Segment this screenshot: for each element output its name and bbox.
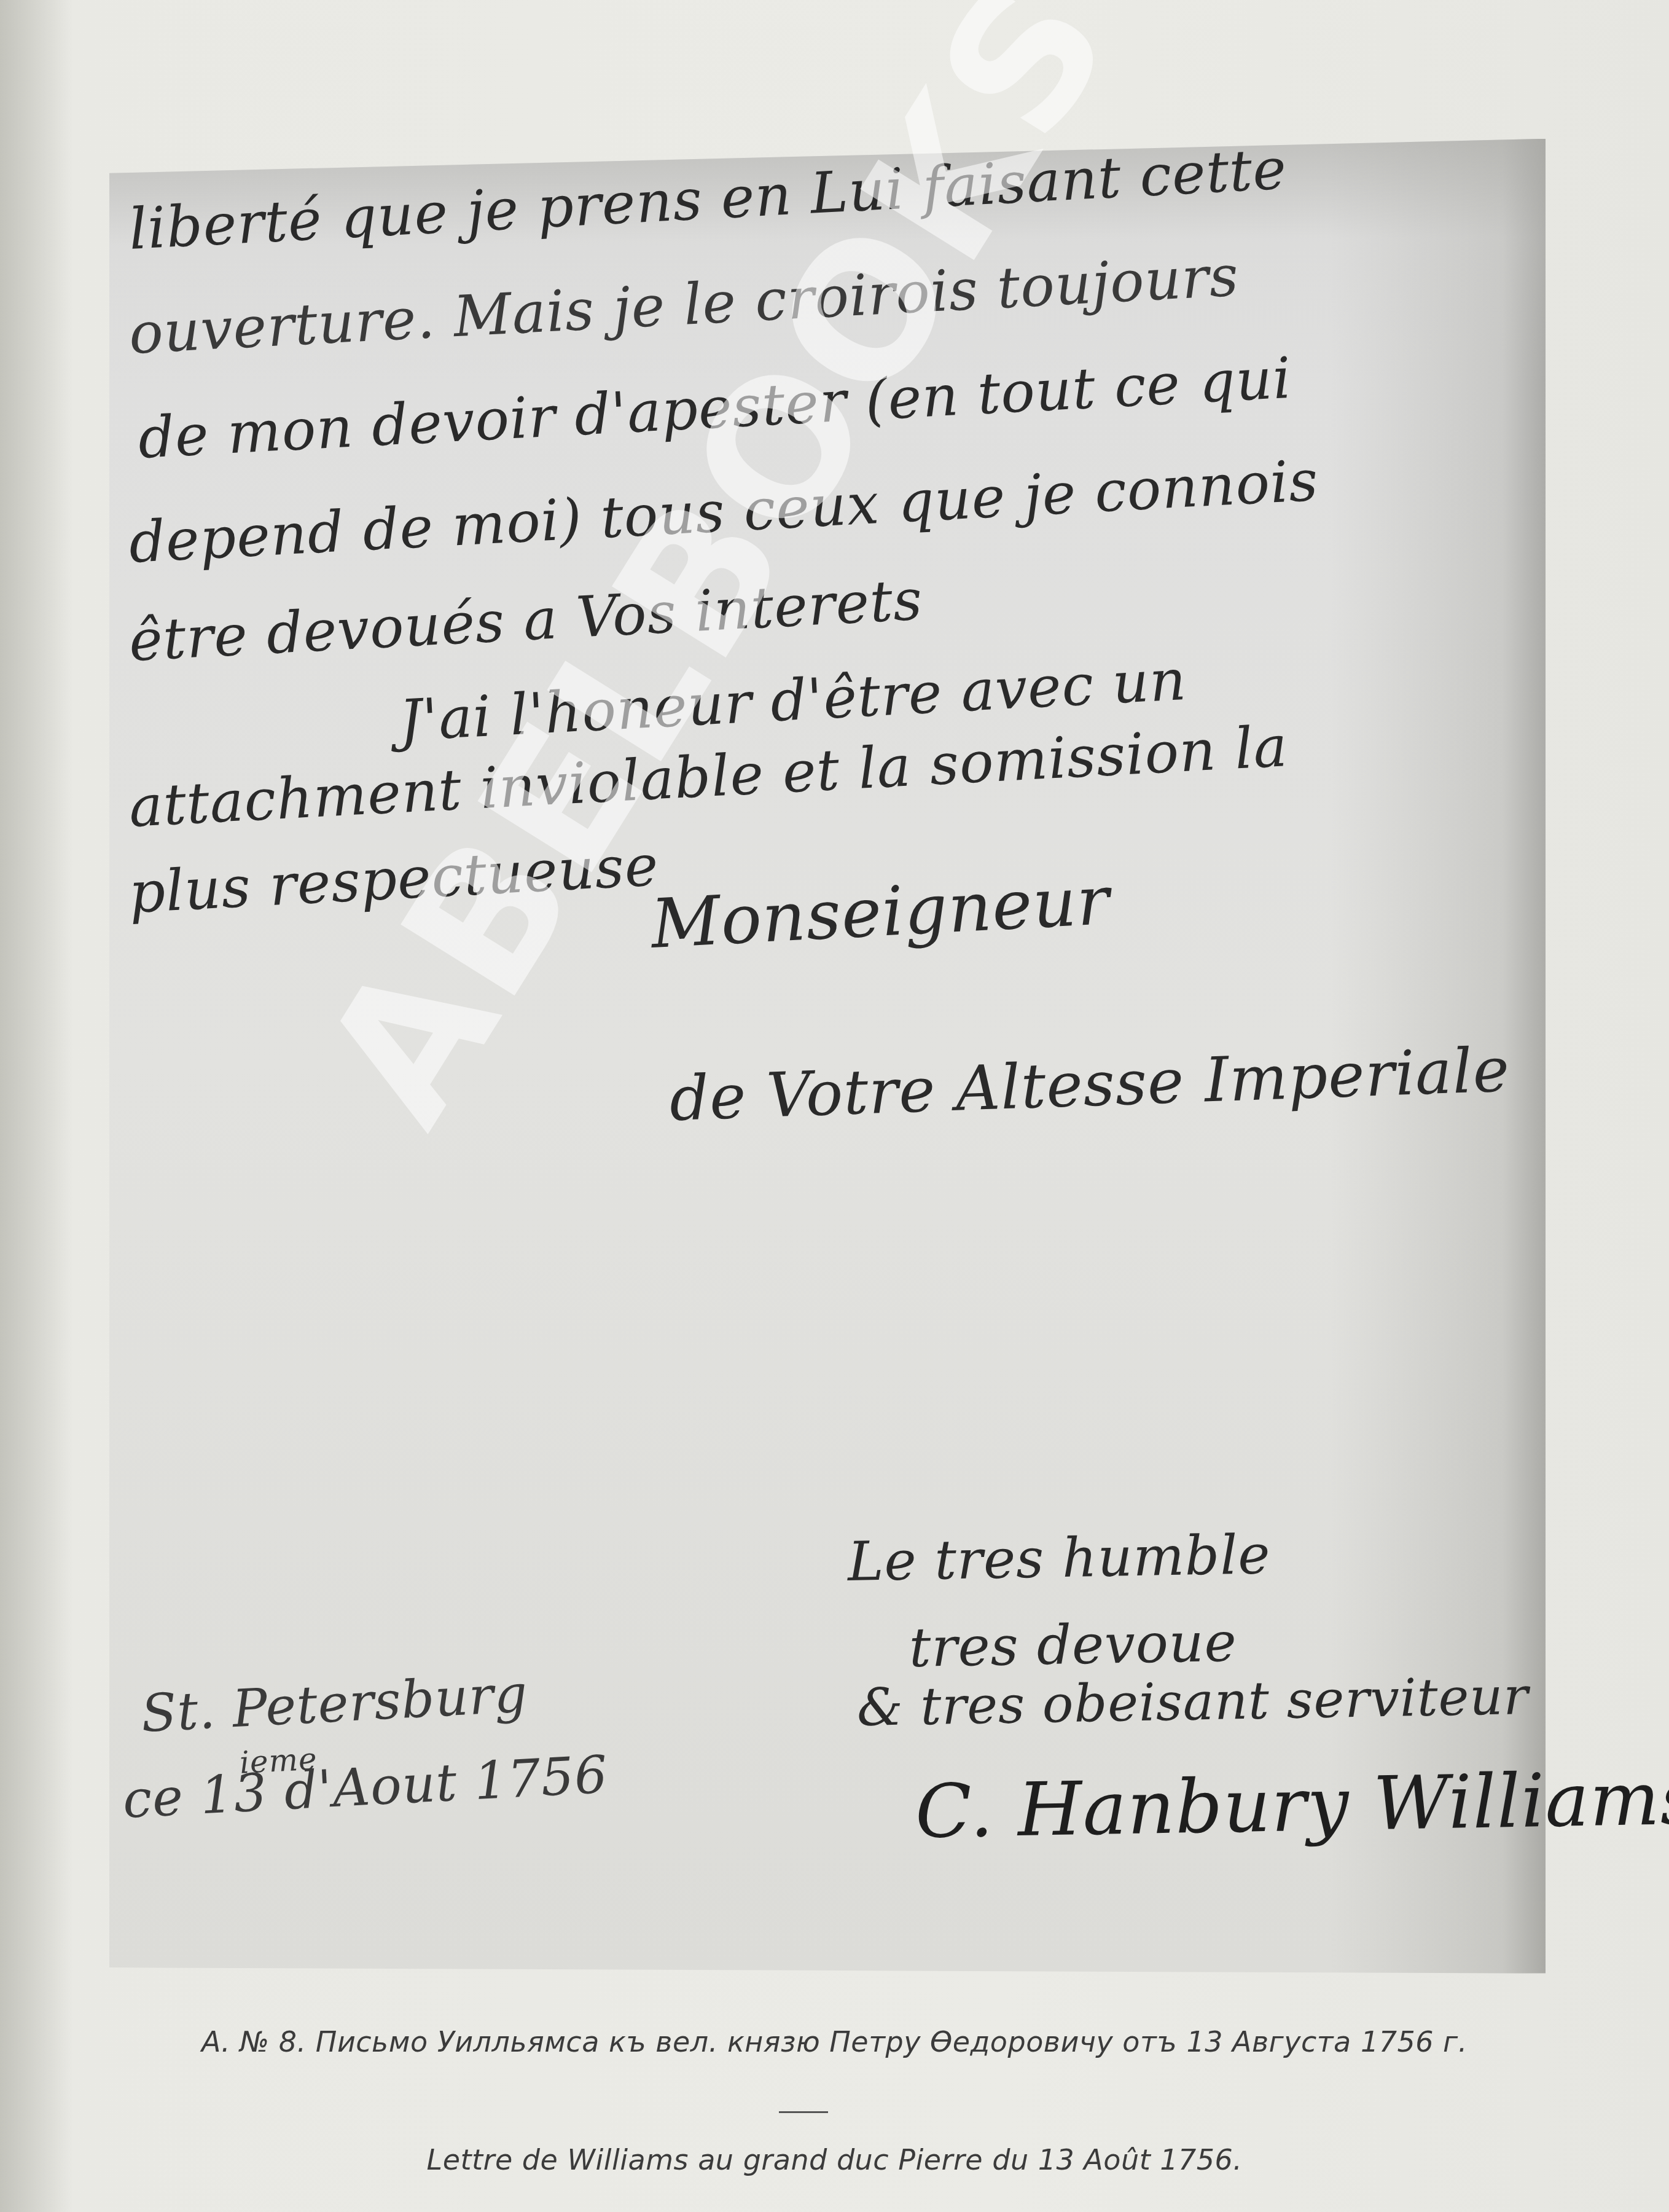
closing-line: Le tres humble: [847, 1523, 1271, 1593]
caption-french: Lettre de Williams au grand duc Pierre d…: [0, 2143, 1669, 2176]
closing-line: tres devoue: [909, 1610, 1237, 1679]
signature: C. Hanbury Williams: [915, 1756, 1669, 1855]
closing-line: & tres obeisant serviteur: [856, 1666, 1529, 1738]
caption-divider: [779, 2111, 828, 2113]
page-spine-shadow: [0, 0, 74, 2212]
caption-russian: А. № 8. Письмо Уилльямса къ вел. князю П…: [0, 2025, 1669, 2058]
